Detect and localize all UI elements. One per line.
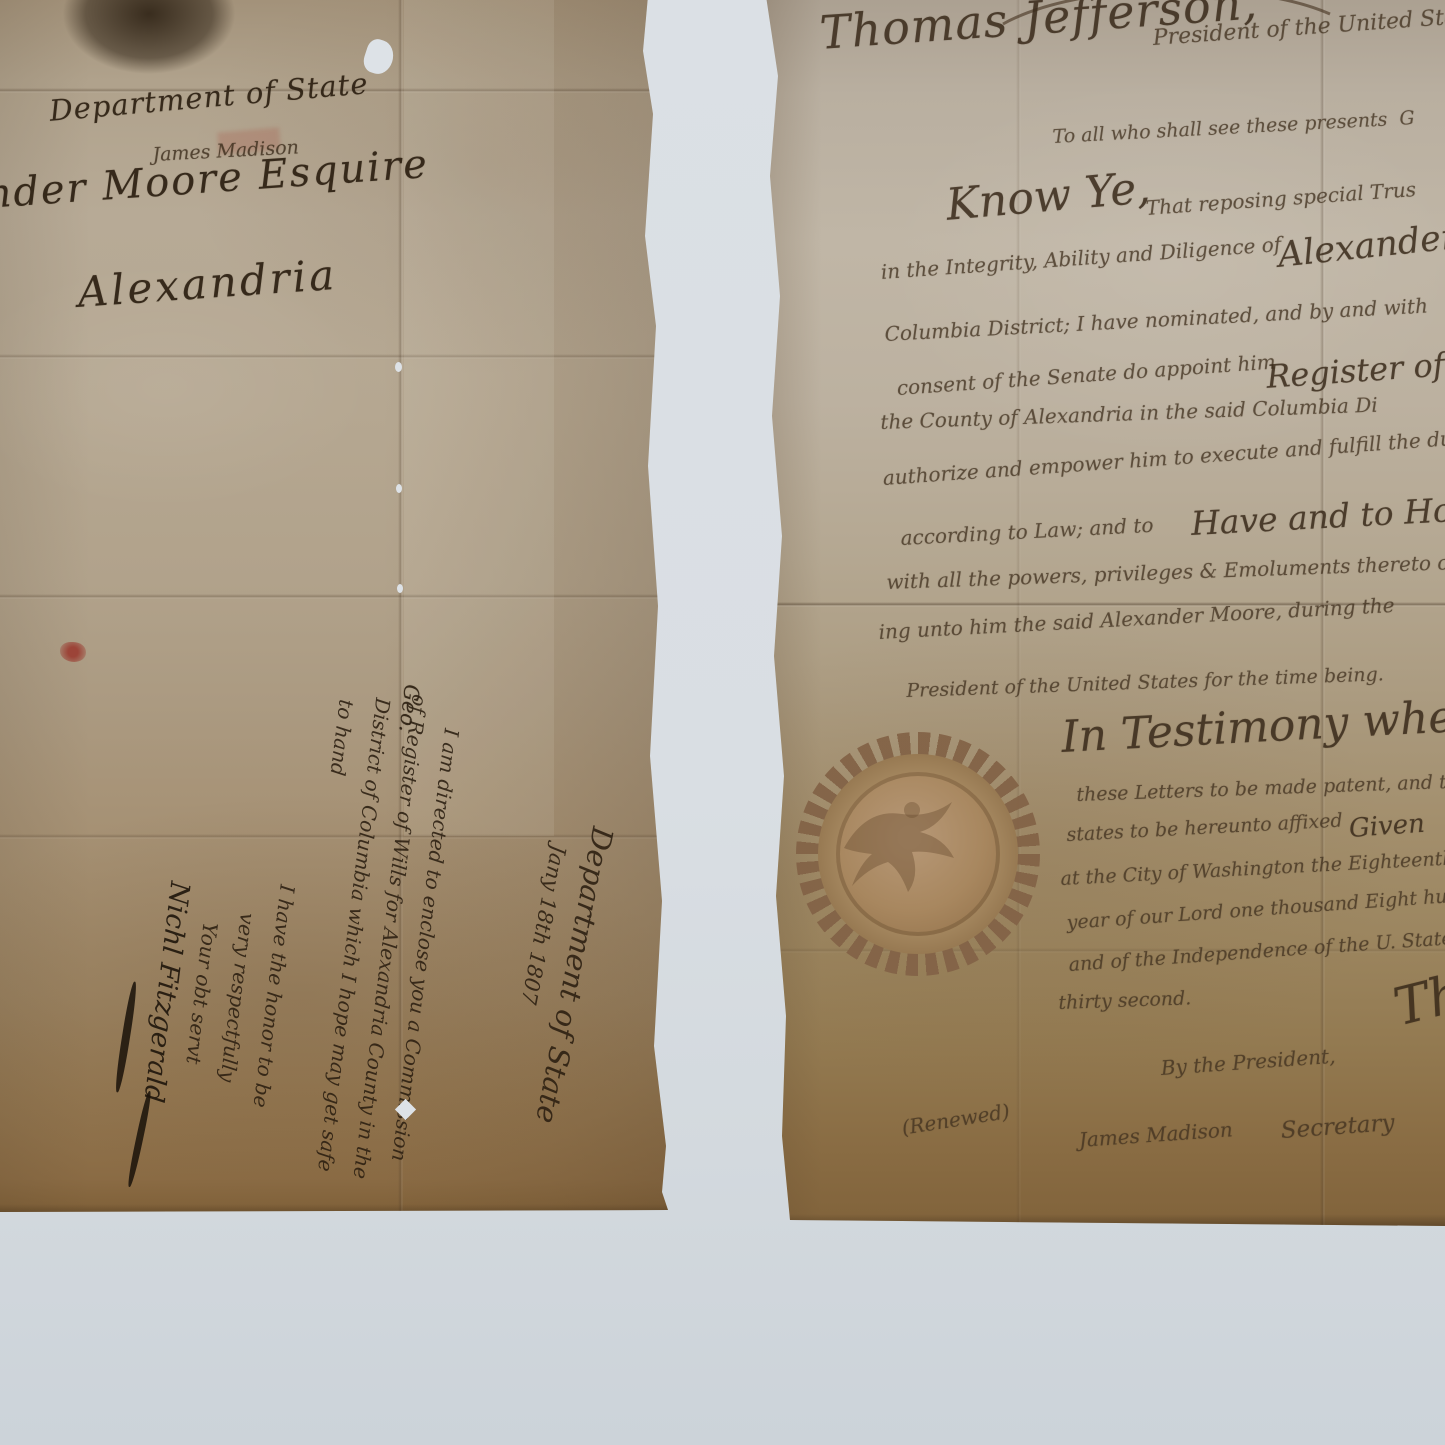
body-line-ing-unto: ing unto him the said Alexander Moore, d… bbox=[878, 593, 1395, 644]
testimony-line: at the City of Washington the Eighteenth… bbox=[1060, 846, 1445, 890]
body-line-consent: consent of the Senate do appoint him bbox=[896, 350, 1276, 400]
testimony-line: and of the Independence of the U. States bbox=[1068, 926, 1445, 975]
bottom-edge-shadow bbox=[0, 1204, 672, 1216]
testimony-line: these Letters to be made patent, and the… bbox=[1076, 770, 1445, 806]
given-word: Given bbox=[1348, 809, 1426, 844]
paper-nick bbox=[396, 484, 402, 493]
in-testimony: In Testimony where bbox=[1060, 689, 1445, 763]
embossed-eagle-paper-seal-icon bbox=[796, 732, 1040, 976]
salutation-line: To all who shall see these presents G bbox=[1052, 107, 1415, 148]
seal-center bbox=[836, 772, 1000, 936]
by-the-president: By the President, bbox=[1160, 1044, 1336, 1080]
body-line-president: President of the United States for the t… bbox=[906, 663, 1384, 702]
docket-text: Department of State Jany 18th 1807 bbox=[483, 816, 624, 1155]
body-line-according: according to Law; and to bbox=[900, 513, 1154, 550]
secretary-word: Secretary bbox=[1280, 1110, 1395, 1144]
fold-crease-horizontal bbox=[0, 594, 672, 599]
have-and-to-hold: Have and to Hold bbox=[1190, 489, 1445, 543]
name-alexander: Alexander bbox=[1276, 217, 1445, 276]
right-document-jefferson-commission: Thomas Jefferson, President of the Unite… bbox=[760, 0, 1445, 1226]
bottom-edge-shadow bbox=[760, 1214, 1445, 1226]
diagonal-letter-text: I am directed to enclose you a Commissio… bbox=[118, 664, 473, 1167]
body-line-county: the County of Alexandria in the said Col… bbox=[880, 393, 1378, 434]
body-line-authorize: authorize and empower him to execute and… bbox=[882, 426, 1445, 490]
testimony-line: thirty second. bbox=[1058, 987, 1192, 1014]
body-line-columbia: Columbia District; I have nominated, and… bbox=[884, 294, 1428, 346]
renewed-note: (Renewed) bbox=[900, 1099, 1011, 1140]
madison-countersignature: James Madison bbox=[1078, 1117, 1233, 1152]
addressee-place: Alexandria bbox=[76, 250, 339, 317]
jefferson-signature-fragment: Th bbox=[1388, 964, 1445, 1039]
testimony-line: year of our Lord one thousand Eight hu bbox=[1066, 885, 1445, 934]
body-line-integrity: in the Integrity, Ability and Diligence … bbox=[880, 232, 1282, 284]
photo-of-two-historical-documents: Department of State James Madison nder M… bbox=[0, 0, 1445, 1445]
body-line-powers: with all the powers, privileges & Emolum… bbox=[886, 550, 1445, 594]
paper-nick bbox=[397, 584, 403, 593]
register-of: Register of bbox=[1265, 346, 1445, 396]
fold-crease-horizontal bbox=[0, 354, 672, 359]
know-ye-continuation: That reposing special Trus bbox=[1145, 177, 1417, 220]
red-wax-spot bbox=[60, 642, 86, 662]
left-document-cover-letter: Department of State James Madison nder M… bbox=[0, 0, 672, 1216]
know-ye: Know Ye, bbox=[944, 162, 1152, 231]
paper-nick bbox=[395, 362, 402, 372]
eagle-icon bbox=[816, 752, 980, 916]
testimony-line: states to be hereunto affixed bbox=[1066, 810, 1343, 846]
